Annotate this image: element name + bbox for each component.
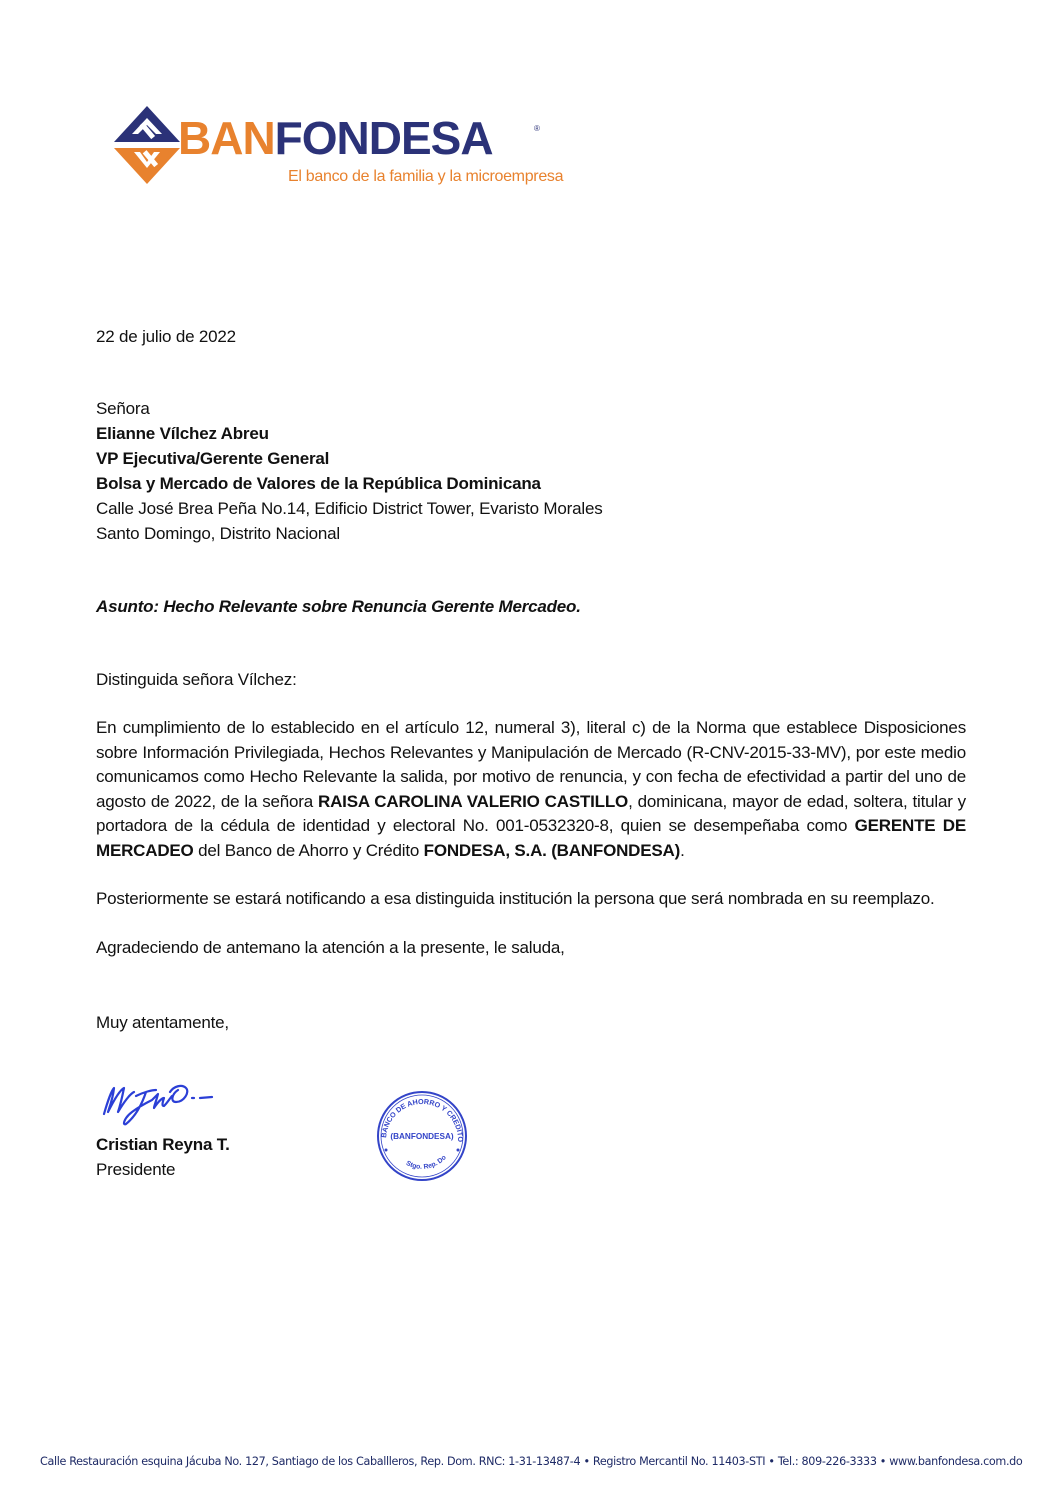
letter-greeting: Distinguida señora Vílchez:	[96, 667, 297, 692]
recipient-title: VP Ejecutiva/Gerente General	[96, 446, 603, 471]
letterhead-footer: Calle Restauración esquina Jácuba No. 12…	[40, 1455, 1022, 1468]
paragraph-text: del Banco de Ahorro y Crédito	[194, 841, 424, 860]
logo-wordmark: BANFONDESA	[178, 115, 493, 161]
logo-tagline: El banco de la familia y la microempresa	[288, 168, 563, 186]
diamond-logo-icon	[112, 104, 182, 186]
person-name: RAISA CAROLINA VALERIO CASTILLO	[318, 792, 628, 811]
letter-date: 22 de julio de 2022	[96, 324, 236, 349]
recipient-name: Elianne Vílchez Abreu	[96, 421, 603, 446]
letter-closing: Muy atentamente,	[96, 1010, 229, 1035]
paragraph-text: .	[680, 841, 685, 860]
signer-block: Cristian Reyna T. Presidente	[96, 1132, 230, 1182]
body-paragraph-1: En cumplimiento de lo establecido en el …	[96, 716, 966, 863]
signer-title: Presidente	[96, 1157, 230, 1182]
recipient-salutation: Señora	[96, 396, 603, 421]
company-seal-icon: BANCO DE AHORRO Y CREDITO FONDESA, S.A. …	[372, 1088, 472, 1184]
registered-mark: ®	[534, 124, 540, 133]
recipient-block: Señora Elianne Vílchez Abreu VP Ejecutiv…	[96, 396, 603, 546]
signer-name: Cristian Reyna T.	[96, 1132, 230, 1157]
handwritten-signature-icon	[96, 1076, 246, 1126]
letter-subject: Asunto: Hecho Relevante sobre Renuncia G…	[96, 594, 581, 619]
recipient-organization: Bolsa y Mercado de Valores de la Repúbli…	[96, 471, 603, 496]
body-paragraph-2: Posteriormente se estará notificando a e…	[96, 886, 935, 911]
banfondesa-logo: BANFONDESA ® El banco de la familia y la…	[112, 104, 552, 190]
recipient-address-line2: Santo Domingo, Distrito Nacional	[96, 521, 603, 546]
body-paragraph-3: Agradeciendo de antemano la atención a l…	[96, 935, 565, 960]
svg-text:(BANFONDESA): (BANFONDESA)	[390, 1132, 453, 1141]
institution-name: FONDESA, S.A. (BANFONDESA)	[424, 841, 680, 860]
recipient-address-line1: Calle José Brea Peña No.14, Edificio Dis…	[96, 496, 603, 521]
